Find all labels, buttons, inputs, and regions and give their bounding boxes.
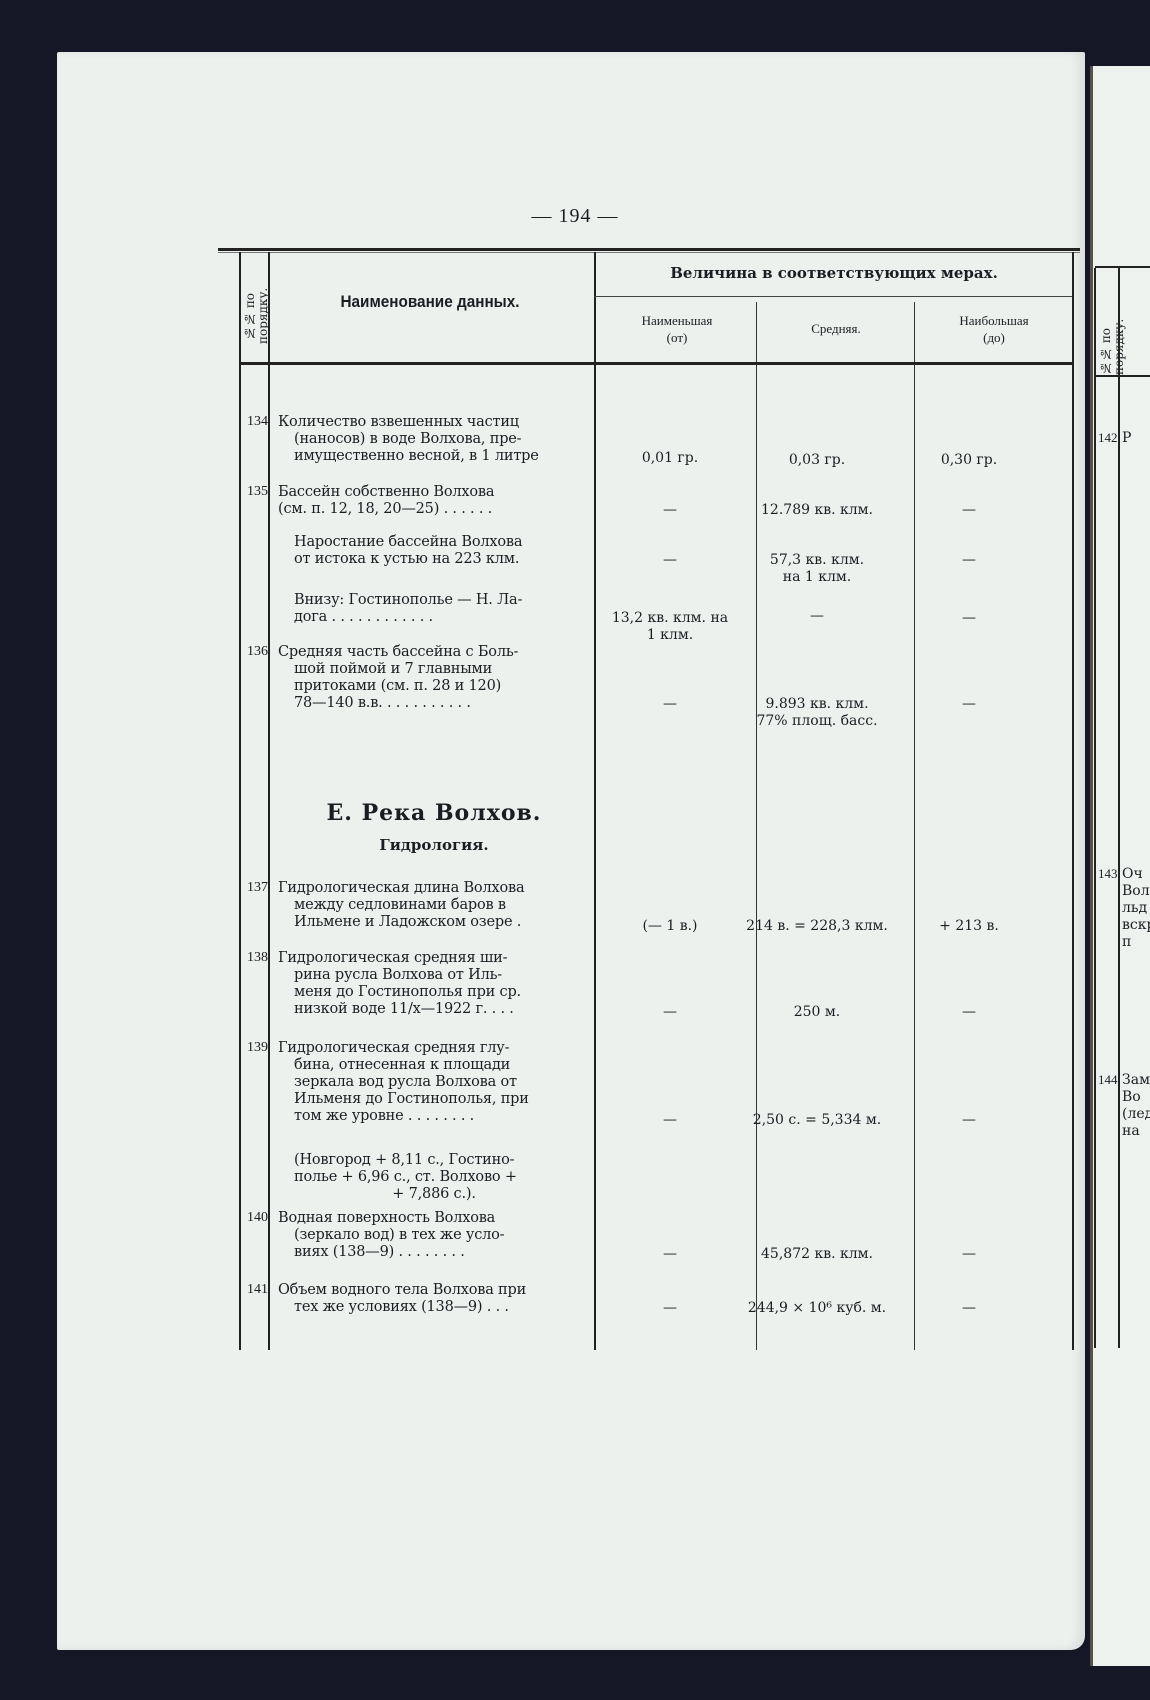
next-page-divider [1118,268,1120,1348]
value-max: — [894,696,1044,713]
row-line: Объем водного тела Волхова при [278,1282,574,1299]
page-number: — 194 — [0,205,1150,228]
section-title: Е. Река Волхов. [270,800,598,826]
header-avg-column: Средняя. [758,320,914,337]
value-min: — [598,696,742,713]
header-max-label: Наибольшая [916,312,1072,329]
row-line: Средняя часть бассейна с Боль- [278,644,574,661]
value-min: — [598,1300,742,1317]
row-description: Количество взвешенных частиц (наносов) в… [278,414,574,465]
next-page-row-number: 143 [1098,866,1118,882]
row-number: 140 [242,1210,268,1226]
header-max-sub: (до) [916,329,1072,346]
next-page-left-border [1094,268,1096,1348]
row-line: имущественно весной, в 1 литре [278,448,574,465]
row-description: Бассейн собственно Волхова (см. п. 12, 1… [278,484,574,518]
value-avg: 12.789 кв. клм. [742,502,892,519]
row-line: Гидрологическая средняя ши- [278,950,574,967]
row-description: Средняя часть бассейна с Боль- шой поймо… [278,644,574,712]
row-line: Водная поверхность Волхова [278,1210,574,1227]
value-avg: 214 в. = 228,3 клм. [742,918,892,935]
section-subtitle: Гидрология. [270,836,598,854]
value-avg: 45,872 кв. клм. [742,1246,892,1263]
value-max: — [894,1004,1044,1021]
value-min: — [598,1246,742,1263]
row-line: Наростание бассейна Волхова [278,534,574,551]
header-min-label: Наименьшая [598,312,756,329]
row-line: Бассейн собственно Волхова [278,484,574,501]
row-description: Объем водного тела Волхова при тех же ус… [278,1282,574,1316]
value-avg: 9.893 кв. клм. 77% площ. басс. [742,696,892,730]
row-line: Гидрологическая средняя глу- [278,1040,574,1057]
row-description: Гидрологическая длина Волхова между седл… [278,880,574,931]
value-min: — [598,552,742,569]
row-line: Количество взвешенных частиц [278,414,574,431]
row-line: шой поймой и 7 главными [278,661,574,678]
value-line: 13,2 кв. клм. на [598,610,742,627]
value-max: + 213 в. [894,918,1044,935]
next-page-top-rule [1095,266,1150,268]
header-number-column: №№ по порядку. [244,266,266,366]
row-number: 137 [242,880,268,896]
table-top-rule [218,248,1080,251]
header-name-column: Наименование данных. [286,292,574,312]
header-bottom-rule [239,362,1074,365]
next-page-row-text: Оч Вол льд вскр п [1122,866,1150,951]
row-line: + 7,886 с.). [278,1186,574,1203]
value-avg: — [742,608,892,625]
value-max: 0,30 гр. [894,452,1044,469]
header-min-column: Наименьшая (от) [598,312,756,346]
row-number: 139 [242,1040,268,1056]
value-min: 13,2 кв. клм. на 1 клм. [598,610,742,644]
header-min-sub: (от) [598,329,756,346]
row-number: 141 [242,1282,268,1298]
value-max: — [894,1112,1044,1129]
value-min: (— 1 в.) [598,918,742,935]
row-line: полье + 6,96 с., ст. Волхово + [278,1169,574,1186]
row-number: 138 [242,950,268,966]
value-line: 57,3 кв. клм. [742,552,892,569]
row-line: дога . . . . . . . . . . . . [278,609,574,626]
value-line: 1 клм. [598,627,742,644]
row-description: Гидрологическая средняя глу- бина, отнес… [278,1040,574,1125]
value-line: на 1 клм. [742,569,892,586]
row-number: 134 [242,414,268,430]
table-right-border [1072,252,1074,1350]
page-number-label: — 194 — [532,205,619,228]
group-header-rule [594,296,1072,297]
row-line: бина, отнесенная к площади [278,1057,574,1074]
value-min: — [598,1004,742,1021]
value-min: — [598,1112,742,1129]
row-line: 78—140 в.в. . . . . . . . . . . [278,695,574,712]
row-line: меня до Гостинополья при ср. [278,984,574,1001]
next-page-header: №№ по порядку. [1100,275,1120,375]
row-number: 136 [242,644,268,660]
row-line: (см. п. 12, 18, 20—25) . . . . . . [278,501,574,518]
row-line: тех же условиях (138—9) . . . [278,1299,574,1316]
next-page-row-text: Р [1122,430,1150,447]
value-max: — [894,1300,1044,1317]
row-description: Наростание бассейна Волхова от истока к … [278,534,574,568]
row-line: зеркала вод русла Волхова от [278,1074,574,1091]
row-number: 135 [242,484,268,500]
value-avg: 250 м. [742,1004,892,1021]
row-line: Гидрологическая длина Волхова [278,880,574,897]
header-max-column: Наибольшая (до) [916,312,1072,346]
value-min: 0,01 гр. [598,450,742,467]
row-line: от истока к устью на 223 клм. [278,551,574,568]
row-line: Внизу: Гостинополье — Н. Ла- [278,592,574,609]
value-line: 77% площ. басс. [742,713,892,730]
value-avg: 244,9 × 10⁶ куб. м. [742,1300,892,1317]
next-page-row-number: 142 [1098,430,1118,446]
next-page-row-text: Зам Во (лед на [1122,1072,1150,1140]
value-max: — [894,610,1044,627]
row-line: том же уровне . . . . . . . . [278,1108,574,1125]
row-line: (Новгород + 8,11 с., Гостино- [278,1152,574,1169]
next-page-row-number: 144 [1098,1072,1118,1088]
value-min: — [598,502,742,519]
header-values-group: Величина в соответствующих мерах. [598,264,1070,282]
value-avg: 57,3 кв. клм. на 1 клм. [742,552,892,586]
row-description: (Новгород + 8,11 с., Гостино- полье + 6,… [278,1152,574,1203]
value-avg: 2,50 с. = 5,334 м. [742,1112,892,1129]
row-description: Внизу: Гостинополье — Н. Ла- дога . . . … [278,592,574,626]
row-line: притоками (см. п. 28 и 120) [278,678,574,695]
row-line: Ильменя до Гостинополья, при [278,1091,574,1108]
row-line: виях (138—9) . . . . . . . . [278,1244,574,1261]
next-page-header-rule [1095,375,1150,377]
value-avg: 0,03 гр. [742,452,892,469]
row-line: низкой воде 11/х—1922 г. . . . [278,1001,574,1018]
value-line: 9.893 кв. клм. [742,696,892,713]
value-max: — [894,502,1044,519]
data-table: №№ по порядку. Наименование данных. Вели… [242,252,1070,1350]
row-line: между седловинами баров в [278,897,574,914]
row-line: Ильмене и Ладожском озере . [278,914,574,931]
value-max: — [894,552,1044,569]
row-line: (зеркало вод) в тех же усло- [278,1227,574,1244]
table-left-border [239,252,241,1350]
row-line: рина русла Волхова от Иль- [278,967,574,984]
row-description: Гидрологическая средняя ши- рина русла В… [278,950,574,1018]
row-description: Водная поверхность Волхова (зеркало вод)… [278,1210,574,1261]
value-max: — [894,1246,1044,1263]
row-line: (наносов) в воде Волхова, пре- [278,431,574,448]
